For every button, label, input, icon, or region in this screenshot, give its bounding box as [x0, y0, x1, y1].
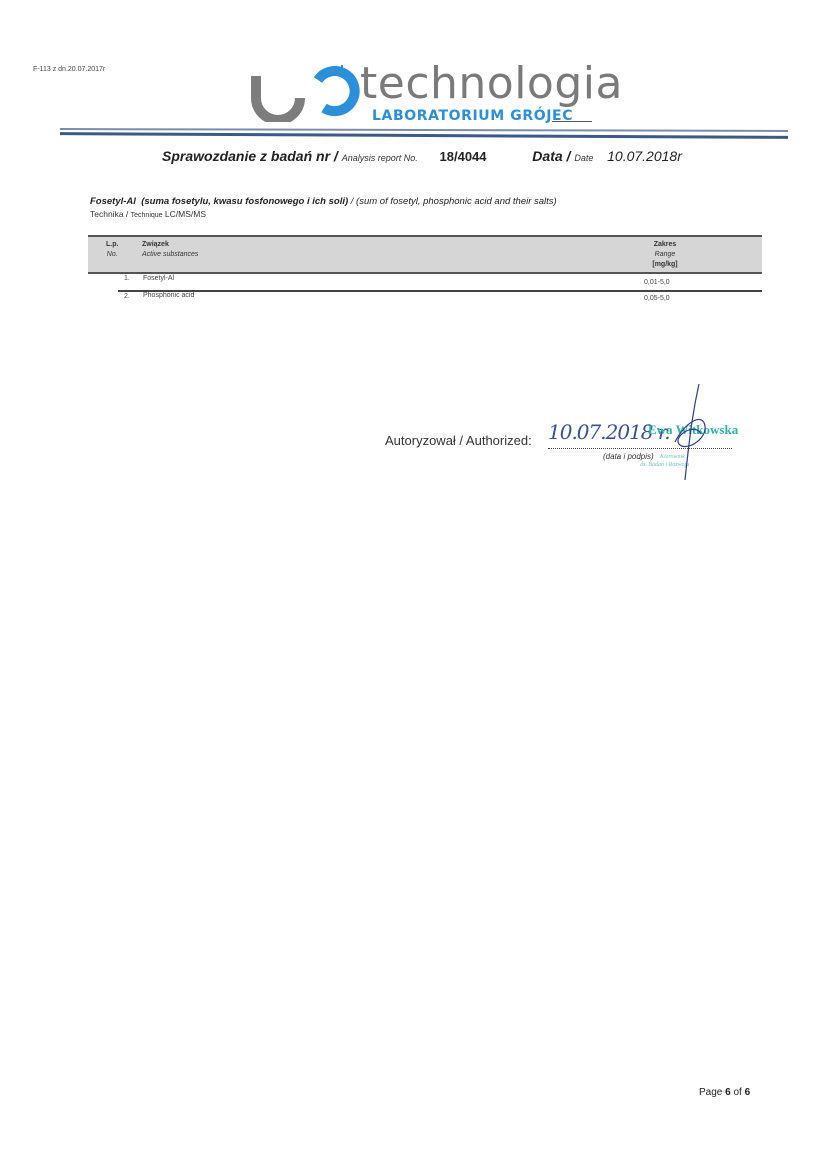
row-1-range: 0,01-5,0 — [644, 279, 670, 286]
header-range: Zakres Range [mg/kg] — [640, 240, 690, 270]
separator: / — [330, 148, 342, 164]
page-of: of — [731, 1087, 745, 1098]
header-compound: Związek Active substances — [142, 240, 198, 260]
header-rule-thin — [60, 128, 788, 132]
row-divider — [118, 290, 762, 292]
header-lp-pl: L.p. — [106, 240, 118, 250]
header-range-pl: Zakres — [640, 240, 690, 250]
section-title-en: / (sum of fosetyl, phosphonic acid and t… — [351, 196, 557, 207]
row-1-no: 1. — [124, 275, 130, 282]
authorized-label: Autoryzował / Authorized: — [385, 433, 532, 448]
row-2-no: 2. — [124, 293, 130, 300]
section-title-bold: Fosetyl-Al — [90, 196, 136, 207]
header-range-unit: [mg/kg] — [640, 260, 690, 270]
page-label: Page — [699, 1087, 725, 1098]
section-title: Fosetyl-Al (suma fosetylu, kwasu fosfono… — [90, 196, 557, 207]
report-label-en: Analysis report No. — [342, 153, 418, 163]
report-heading: Sprawozdanie z badań nr / Analysis repor… — [162, 148, 682, 164]
signature-icon — [655, 382, 715, 482]
technique-label-en: Technique — [131, 212, 163, 219]
technique-line: Technika / Technique LC/MS/MS — [90, 209, 206, 219]
row-2-range: 0,05-5,0 — [644, 295, 670, 302]
logo-underline — [552, 121, 592, 122]
report-date: 10.07.2018r — [607, 148, 682, 164]
row-1-substance: Fosetyl-Al — [143, 275, 174, 282]
report-number: 18/4044 — [440, 149, 487, 164]
technique-value: LC/MS/MS — [163, 209, 206, 219]
report-label-pl: Sprawozdanie z badań nr — [162, 148, 330, 164]
page-number: Page 6 of 6 — [699, 1087, 750, 1098]
header-rule-thick — [60, 132, 788, 139]
logo-subtitle: LABORATORIUM GRÓJEC — [372, 108, 573, 124]
header-lp-en: No. — [106, 250, 118, 260]
page-total: 6 — [745, 1087, 751, 1098]
row-2-substance: Phosphonic acid — [143, 292, 194, 299]
logo-wordmark: technologia — [360, 58, 623, 109]
header-compound-pl: Związek — [142, 240, 198, 250]
technique-label-pl: Technika / — [90, 209, 131, 219]
header-range-en: Range — [640, 250, 690, 260]
date-label-pl: Data — [532, 148, 562, 164]
header-compound-en: Active substances — [142, 250, 198, 260]
separator: / — [563, 148, 575, 164]
header-lp: L.p. No. — [106, 240, 118, 260]
date-label-en: Date — [574, 153, 593, 163]
laboratory-logo-icon — [248, 62, 360, 122]
table-header-border — [88, 272, 762, 274]
form-code: F-113 z dn.20.07.2017r — [33, 66, 105, 73]
section-title-pl: (suma fosetylu, kwasu fosfonowego i ich … — [141, 196, 348, 207]
